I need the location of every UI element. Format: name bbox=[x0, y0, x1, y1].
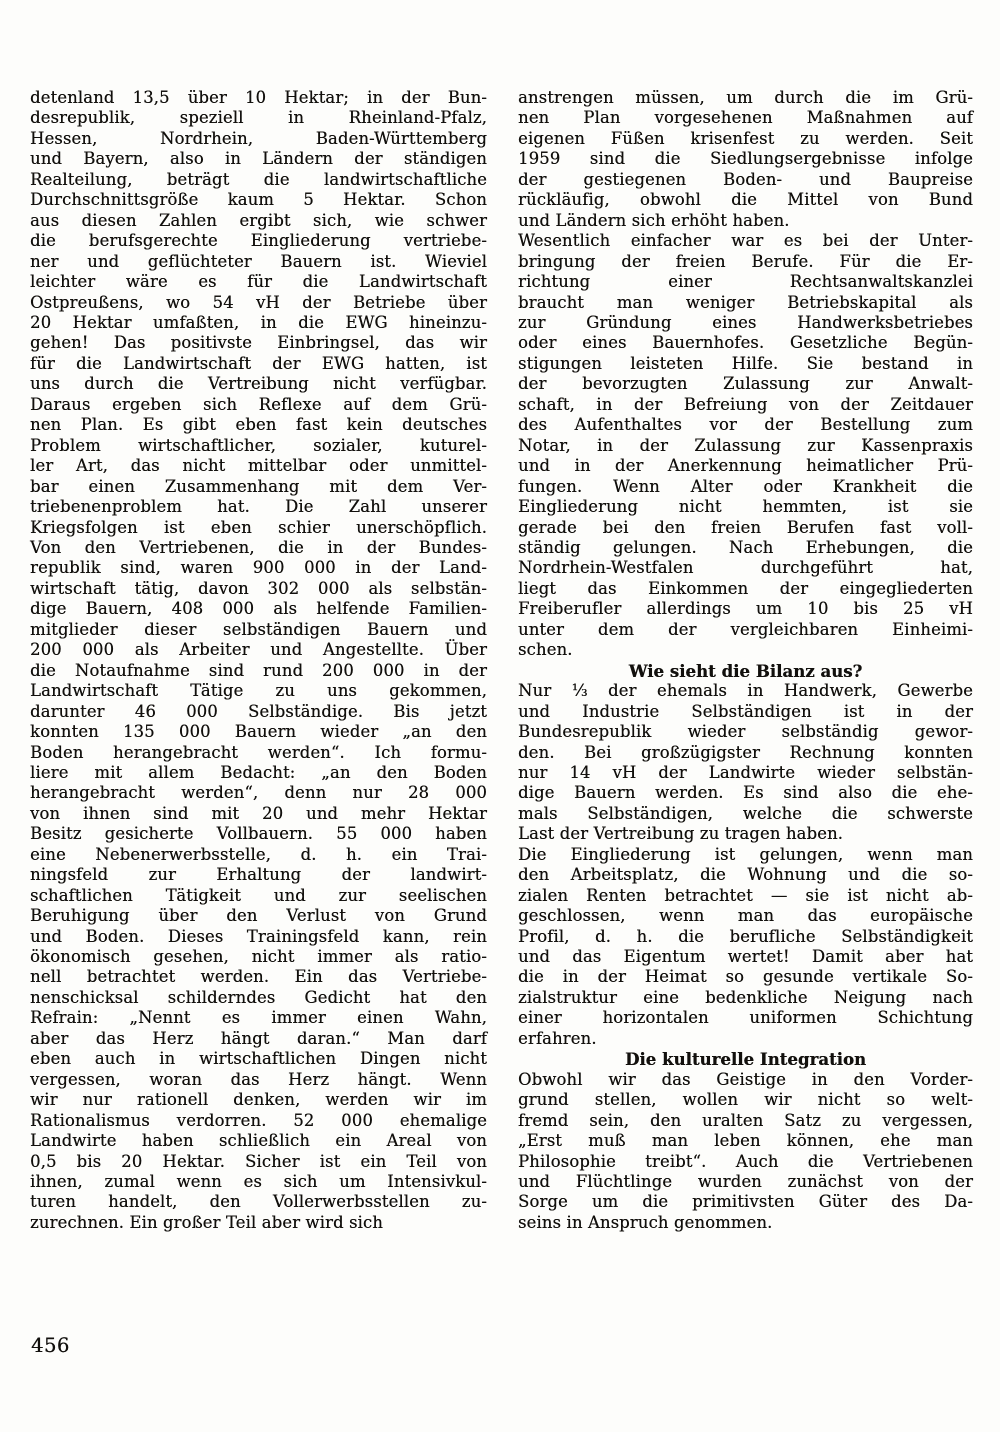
text-line: bar einen Zusammenhang mit dem Ver- bbox=[30, 477, 487, 497]
text-line: Wesentlich einfacher war es bei der Unte… bbox=[518, 231, 973, 251]
text-line: Problem wirtschaftlicher, sozialer, kutu… bbox=[30, 436, 487, 456]
text-line: Durchschnittsgröße kaum 5 Hektar. Schon bbox=[30, 190, 487, 210]
text-line: die berufsgerechte Eingliederung vertrie… bbox=[30, 231, 487, 251]
text-line: aber das Herz hängt daran.“ Man darf bbox=[30, 1029, 487, 1049]
text-line: oder eines Bauernhofes. Gesetzliche Begü… bbox=[518, 333, 973, 353]
text-line: nenschicksal schilderndes Gedicht hat de… bbox=[30, 988, 487, 1008]
text-line: Bundesrepublik wieder selbständig gewor- bbox=[518, 722, 973, 742]
text-line: Boden herangebracht werden“. Ich formu- bbox=[30, 743, 487, 763]
text-line: eine Nebenerwerbsstelle, d. h. ein Trai- bbox=[30, 845, 487, 865]
section-heading: Die kulturelle Integration bbox=[518, 1049, 973, 1069]
text-line: Refrain: „Nennt es immer einen Wahn, bbox=[30, 1008, 487, 1028]
text-line: fungen. Wenn Alter oder Krankheit die bbox=[518, 477, 973, 497]
text-line: bringung der freien Berufe. Für die Er- bbox=[518, 252, 973, 272]
text-line: nen Plan. Es gibt eben fast kein deutsch… bbox=[30, 415, 487, 435]
text-line: zialstruktur eine bedenkliche Neigung na… bbox=[518, 988, 973, 1008]
text-line: stigungen leisteten Hilfe. Sie bestand i… bbox=[518, 354, 973, 374]
text-line: liegt das Einkommen der eingegliederten bbox=[518, 579, 973, 599]
text-line: gehen! Das positivste Einbringsel, das w… bbox=[30, 333, 487, 353]
text-line: desrepublik, speziell in Rheinland-Pfalz… bbox=[30, 108, 487, 128]
text-line: Freiberufler allerdings um 10 bis 25 vH bbox=[518, 599, 973, 619]
text-line: die in der Heimat so gesunde vertikale S… bbox=[518, 967, 973, 987]
text-line: anstrengen müssen, um durch die im Grü- bbox=[518, 88, 973, 108]
document-page: detenland 13,5 über 10 Hektar; in der Bu… bbox=[0, 0, 1000, 1432]
text-line: Eingliederung nicht hemmten, ist sie bbox=[518, 497, 973, 517]
text-line: uns durch die Vertreibung nicht verfügba… bbox=[30, 374, 487, 394]
text-line: dige Bauern werden. Es sind also die ehe… bbox=[518, 783, 973, 803]
text-line: schaftlichen Tätigkeit und zur seelische… bbox=[30, 886, 487, 906]
text-line: braucht man weniger Betriebskapital als bbox=[518, 293, 973, 313]
text-line: Obwohl wir das Geistige in den Vorder- bbox=[518, 1070, 973, 1090]
text-line: wir nur rationell denken, werden wir im bbox=[30, 1090, 487, 1110]
text-line: Beruhigung über den Verlust von Grund bbox=[30, 906, 487, 926]
text-line: nen Plan vorgesehenen Maßnahmen auf bbox=[518, 108, 973, 128]
section-heading: Wie sieht die Bilanz aus? bbox=[518, 661, 973, 681]
text-line: Notar, in der Zulassung zur Kassenpraxis bbox=[518, 436, 973, 456]
text-line: den Arbeitsplatz, die Wohnung und die so… bbox=[518, 865, 973, 885]
text-line: Ostpreußens, wo 54 vH der Betriebe über bbox=[30, 293, 487, 313]
text-line: liere mit allem Bedacht: „an den Boden bbox=[30, 763, 487, 783]
text-line: und Bayern, also in Ländern der ständige… bbox=[30, 149, 487, 169]
text-line: Last der Vertreibung zu tragen haben. bbox=[518, 824, 973, 844]
text-line: ningsfeld zur Erhaltung der landwirt- bbox=[30, 865, 487, 885]
text-line: eben auch in wirtschaftlichen Dingen nic… bbox=[30, 1049, 487, 1069]
text-line: herangebracht werden“, denn nur 28 000 bbox=[30, 783, 487, 803]
text-line: schaft, in der Befreiung von der Zeitdau… bbox=[518, 395, 973, 415]
text-line: fremd sein, den uralten Satz zu vergesse… bbox=[518, 1111, 973, 1131]
text-line: detenland 13,5 über 10 Hektar; in der Bu… bbox=[30, 88, 487, 108]
text-line: Profil, d. h. die berufliche Selbständig… bbox=[518, 927, 973, 947]
text-line: Hessen, Nordrhein, Baden-Württemberg bbox=[30, 129, 487, 149]
text-line: der bevorzugten Zulassung zur Anwalt- bbox=[518, 374, 973, 394]
text-line: konnten 135 000 Bauern wieder „an den bbox=[30, 722, 487, 742]
text-line: und Flüchtlinge wurden zunächst von der bbox=[518, 1172, 973, 1192]
text-line: dige Bauern, 408 000 als helfende Famili… bbox=[30, 599, 487, 619]
text-line: und Ländern sich erhöht haben. bbox=[518, 211, 973, 231]
text-line: des Aufenthaltes vor der Bestellung zum bbox=[518, 415, 973, 435]
text-line: aus diesen Zahlen ergibt sich, wie schwe… bbox=[30, 211, 487, 231]
text-line: Nordrhein-Westfalen durchgeführt hat, bbox=[518, 558, 973, 578]
left-text-column: detenland 13,5 über 10 Hektar; in der Bu… bbox=[30, 88, 487, 1233]
text-line: nur 14 vH der Landwirte wieder selbstän- bbox=[518, 763, 973, 783]
text-line: ner und geflüchteter Bauern ist. Wieviel bbox=[30, 252, 487, 272]
text-line: republik sind, waren 900 000 in der Land… bbox=[30, 558, 487, 578]
text-line: Landwirtschaft Tätige zu uns gekommen, bbox=[30, 681, 487, 701]
text-line: rückläufig, obwohl die Mittel von Bund bbox=[518, 190, 973, 210]
text-line: triebenenproblem hat. Die Zahl unserer bbox=[30, 497, 487, 517]
text-line: ökonomisch gesehen, nicht immer als rati… bbox=[30, 947, 487, 967]
text-line: zurechnen. Ein großer Teil aber wird sic… bbox=[30, 1213, 487, 1233]
text-line: Besitz gesicherte Vollbauern. 55 000 hab… bbox=[30, 824, 487, 844]
text-line: Daraus ergeben sich Reflexe auf dem Grü- bbox=[30, 395, 487, 415]
text-line: ler Art, das nicht mittelbar oder unmitt… bbox=[30, 456, 487, 476]
text-line: schen. bbox=[518, 640, 973, 660]
text-line: ständig gelungen. Nach Erhebungen, die bbox=[518, 538, 973, 558]
text-line: wirtschaft tätig, davon 302 000 als selb… bbox=[30, 579, 487, 599]
text-line: und das Eigentum wertet! Damit aber hat bbox=[518, 947, 973, 967]
text-line: Die Eingliederung ist gelungen, wenn man bbox=[518, 845, 973, 865]
text-line: „Erst muß man leben können, ehe man bbox=[518, 1131, 973, 1151]
text-line: gerade bei den freien Berufen fast voll- bbox=[518, 518, 973, 538]
text-line: richtung einer Rechtsanwaltskanzlei bbox=[518, 272, 973, 292]
text-line: turen handelt, den Vollerwerbsstellen zu… bbox=[30, 1192, 487, 1212]
text-line: darunter 46 000 Selbständige. Bis jetzt bbox=[30, 702, 487, 722]
text-line: grund stellen, wollen wir nicht so welt- bbox=[518, 1090, 973, 1110]
text-line: Sorge um die primitivsten Güter des Da- bbox=[518, 1192, 973, 1212]
text-line: 200 000 als Arbeiter und Angestellte. Üb… bbox=[30, 640, 487, 660]
right-text-column: anstrengen müssen, um durch die im Grü-n… bbox=[518, 88, 973, 1233]
text-line: zur Gründung eines Handwerksbetriebes bbox=[518, 313, 973, 333]
text-line: für die Landwirtschaft der EWG hatten, i… bbox=[30, 354, 487, 374]
page-number: 456 bbox=[31, 1334, 70, 1357]
text-line: und Boden. Dieses Trainingsfeld kann, re… bbox=[30, 927, 487, 947]
text-line: der gestiegenen Boden- und Baupreise bbox=[518, 170, 973, 190]
text-line: vergessen, woran das Herz hängt. Wenn bbox=[30, 1070, 487, 1090]
text-line: Nur ⅓ der ehemals in Handwerk, Gewerbe bbox=[518, 681, 973, 701]
text-line: Realteilung, beträgt die landwirtschaftl… bbox=[30, 170, 487, 190]
text-line: Rationalismus verdorren. 52 000 ehemalig… bbox=[30, 1111, 487, 1131]
text-line: Landwirte haben schließlich ein Areal vo… bbox=[30, 1131, 487, 1151]
text-line: den. Bei großzügigster Rechnung konnten bbox=[518, 743, 973, 763]
text-line: mals Selbständigen, welche die schwerste bbox=[518, 804, 973, 824]
text-line: nell betrachtet werden. Ein das Vertrieb… bbox=[30, 967, 487, 987]
text-line: eigenen Füßen krisenfest zu werden. Seit bbox=[518, 129, 973, 149]
text-line: einer horizontalen uniformen Schichtung bbox=[518, 1008, 973, 1028]
text-line: mitglieder dieser selbständigen Bauern u… bbox=[30, 620, 487, 640]
text-line: unter dem der vergleichbaren Einheimi- bbox=[518, 620, 973, 640]
text-line: erfahren. bbox=[518, 1029, 973, 1049]
text-line: Philosophie treibt“. Auch die Vertrieben… bbox=[518, 1152, 973, 1172]
text-line: von ihnen sind mit 20 und mehr Hektar bbox=[30, 804, 487, 824]
text-line: 20 Hektar umfaßten, in die EWG hineinzu- bbox=[30, 313, 487, 333]
text-line: leichter wäre es für die Landwirtschaft bbox=[30, 272, 487, 292]
text-line: 1959 sind die Siedlungsergebnisse infolg… bbox=[518, 149, 973, 169]
text-line: und Industrie Selbständigen ist in der bbox=[518, 702, 973, 722]
text-line: Von den Vertriebenen, die in der Bundes- bbox=[30, 538, 487, 558]
text-line: ihnen, zumal wenn es sich um Intensivkul… bbox=[30, 1172, 487, 1192]
text-line: Kriegsfolgen ist eben schier unerschöpfl… bbox=[30, 518, 487, 538]
text-line: und in der Anerkennung heimatlicher Prü- bbox=[518, 456, 973, 476]
text-line: 0,5 bis 20 Hektar. Sicher ist ein Teil v… bbox=[30, 1152, 487, 1172]
text-line: geschlossen, wenn man das europäische bbox=[518, 906, 973, 926]
text-line: zialen Renten betrachtet — sie ist nicht… bbox=[518, 886, 973, 906]
text-line: seins in Anspruch genommen. bbox=[518, 1213, 973, 1233]
text-line: die Notaufnahme sind rund 200 000 in der bbox=[30, 661, 487, 681]
